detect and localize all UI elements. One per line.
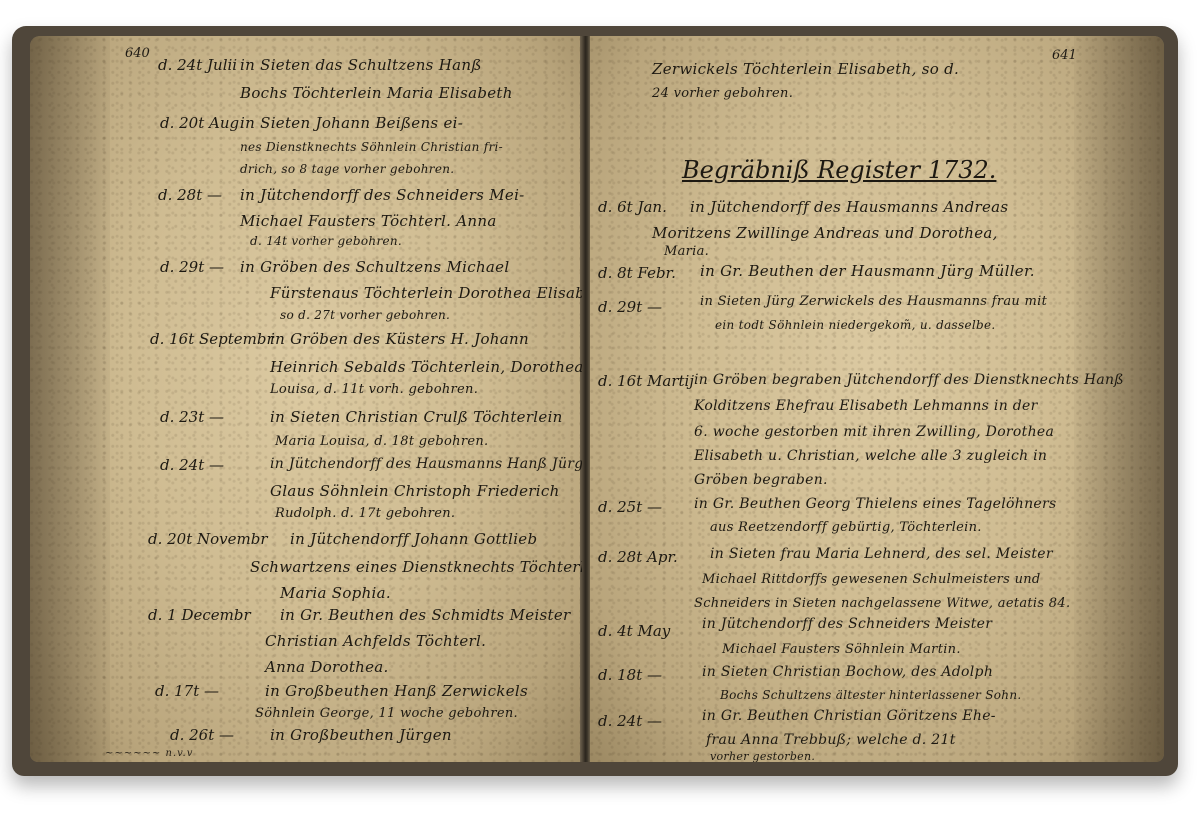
entry-date: d. 20t Aug. xyxy=(160,114,244,132)
continuation-line: 24 vorher gebohren. xyxy=(652,86,793,101)
entry-date: d. 25t — xyxy=(598,498,662,516)
entry-line: Schneiders in Sieten nachgelassene Witwe… xyxy=(694,596,1070,611)
entry-line: d. 14t vorher gebohren. xyxy=(250,234,402,248)
entry-line: Rudolph. d. 17t gebohren. xyxy=(275,506,455,521)
entry-date: d. 24t — xyxy=(598,712,662,730)
page-number-right: 641 xyxy=(1052,48,1077,63)
entry-line: nes Dienstknechts Söhnlein Christian fri… xyxy=(240,140,503,154)
right-page: 641 Zerwickels Töchterlein Elisabeth, so… xyxy=(590,36,1164,762)
entry-line: Moritzens Zwillinge Andreas und Dorothea… xyxy=(652,224,998,242)
entry-date: d. 23t — xyxy=(160,408,224,426)
entry-line: Louisa, d. 11t vorh. gebohren. xyxy=(270,382,478,397)
entry-date: d. 16t Septembr xyxy=(150,330,274,348)
entry-date: d. 17t — xyxy=(155,682,219,700)
entry-line: in Sieten Christian Crulß Töchterlein xyxy=(270,408,563,426)
entry-line: in Gr. Beuthen des Schmidts Meister xyxy=(280,606,571,624)
entry-line: in Gröben des Küsters H. Johann xyxy=(270,330,529,348)
entry-date: d. 28t — xyxy=(158,186,222,204)
entry-date: d. 8t Febr. xyxy=(598,264,676,282)
page-number-left: 640 xyxy=(125,46,150,61)
entry-date: d. 26t — xyxy=(170,726,234,744)
entry-line: in Sieten Christian Bochow, des Adolph xyxy=(702,664,993,680)
entry-line: in Großbeuthen Jürgen xyxy=(270,726,452,744)
entry-line: Christian Achfelds Töchterl. xyxy=(265,632,486,650)
entry-line: in Sieten das Schultzens Hanß xyxy=(240,56,482,74)
entry-line: ein todt Söhnlein niedergekom̃, u. dasse… xyxy=(715,318,996,332)
register-heading: Begräbniß Register 1732. xyxy=(682,156,996,184)
entry-line: in Jütchendorff des Schneiders Meister xyxy=(702,616,992,632)
entry-line: Bochs Schultzens ältester hinterlassener… xyxy=(720,688,1021,702)
entry-line: Kolditzens Ehefrau Elisabeth Lehmanns in… xyxy=(694,398,1038,414)
entry-date: d. 24t Julii xyxy=(158,56,237,74)
entry-line: in Jütchendorff des Hausmanns Hanß Jürg xyxy=(270,456,582,472)
entry-date: d. 1 Decembr xyxy=(148,606,251,624)
entry-line: Maria Louisa, d. 18t gebohren. xyxy=(275,434,488,449)
entry-line: Schwartzens eines Dienstknechts Töchterl… xyxy=(250,558,582,576)
entry-line: Anna Dorothea. xyxy=(265,658,389,676)
entry-date: d. 18t — xyxy=(598,666,662,684)
entry-line: Michael Fausters Töchterl. Anna xyxy=(240,212,497,230)
entry-date: d. 6t Jan. xyxy=(598,198,667,216)
entry-line: Bochs Töchterlein Maria Elisabeth xyxy=(240,84,513,102)
entry-line: Michael Rittdorffs gewesenen Schulmeiste… xyxy=(702,572,1041,587)
entry-line: drich, so 8 tage vorher gebohren. xyxy=(240,162,454,176)
continuation-line: Zerwickels Töchterlein Elisabeth, so d. xyxy=(652,60,959,78)
entry-line: in Gröben des Schultzens Michael xyxy=(240,258,509,276)
entry-date: d. 20t Novembr xyxy=(148,530,268,548)
entry-line: in Jütchendorff des Schneiders Mei- xyxy=(240,186,525,204)
entry-line: Söhnlein George, 11 woche gebohren. xyxy=(255,706,518,721)
entry-line: in Gröben begraben Jütchendorff des Dien… xyxy=(694,372,1124,388)
entry-date: d. 16t Martij xyxy=(598,372,694,390)
entry-date: d. 24t — xyxy=(160,456,224,474)
entry-line: in Sieten Jürg Zerwickels des Hausmanns … xyxy=(700,294,1047,309)
entry-line: Michael Fausters Söhnlein Martin. xyxy=(722,642,961,657)
footer-text: ~~~~~~ n.v.v xyxy=(105,748,193,759)
entry-line: in Gr. Beuthen der Hausmann Jürg Müller. xyxy=(700,262,1035,280)
entry-line: 6. woche gestorben mit ihren Zwilling, D… xyxy=(694,424,1054,440)
entry-line: so d. 27t vorher gebohren. xyxy=(280,308,450,322)
entry-date: d. 29t — xyxy=(598,298,662,316)
entry-line: Maria. xyxy=(664,244,709,259)
entry-line: in Gr. Beuthen Christian Göritzens Ehe- xyxy=(702,708,996,724)
entry-line: Gröben begraben. xyxy=(694,472,828,488)
entry-line: in Großbeuthen Hanß Zerwickels xyxy=(265,682,528,700)
entry-line: aus Reetzendorff gebürtig, Töchterlein. xyxy=(710,520,982,535)
entry-date: d. 29t — xyxy=(160,258,224,276)
book-binding: 640 d. 24t Julii in Sieten das Schultzen… xyxy=(12,26,1178,776)
entry-line: frau Anna Trebbuß; welche d. 21t xyxy=(706,732,956,748)
entry-line: vorher gestorben. xyxy=(710,750,815,762)
entry-line: Maria Sophia. xyxy=(280,584,391,602)
entry-line: Glaus Söhnlein Christoph Friederich xyxy=(270,482,560,500)
entry-date: d. 28t Apr. xyxy=(598,548,678,566)
entry-date: d. 4t May xyxy=(598,622,670,640)
entry-line: in Sieten frau Maria Lehnerd, des sel. M… xyxy=(710,546,1053,562)
entry-line: Fürstenaus Töchterlein Dorothea Elisabet… xyxy=(270,284,582,302)
entry-line: Elisabeth u. Christian, welche alle 3 zu… xyxy=(694,448,1047,464)
entry-line: in Sieten Johann Beißens ei- xyxy=(240,114,463,132)
left-page: 640 d. 24t Julii in Sieten das Schultzen… xyxy=(30,36,582,762)
entry-line: in Gr. Beuthen Georg Thielens eines Tage… xyxy=(694,496,1056,512)
entry-line: in Jütchendorff des Hausmanns Andreas xyxy=(690,198,1008,216)
entry-line: in Jütchendorff Johann Gottlieb xyxy=(290,530,537,548)
entry-line: Heinrich Sebalds Töchterlein, Dorothea xyxy=(270,358,582,376)
